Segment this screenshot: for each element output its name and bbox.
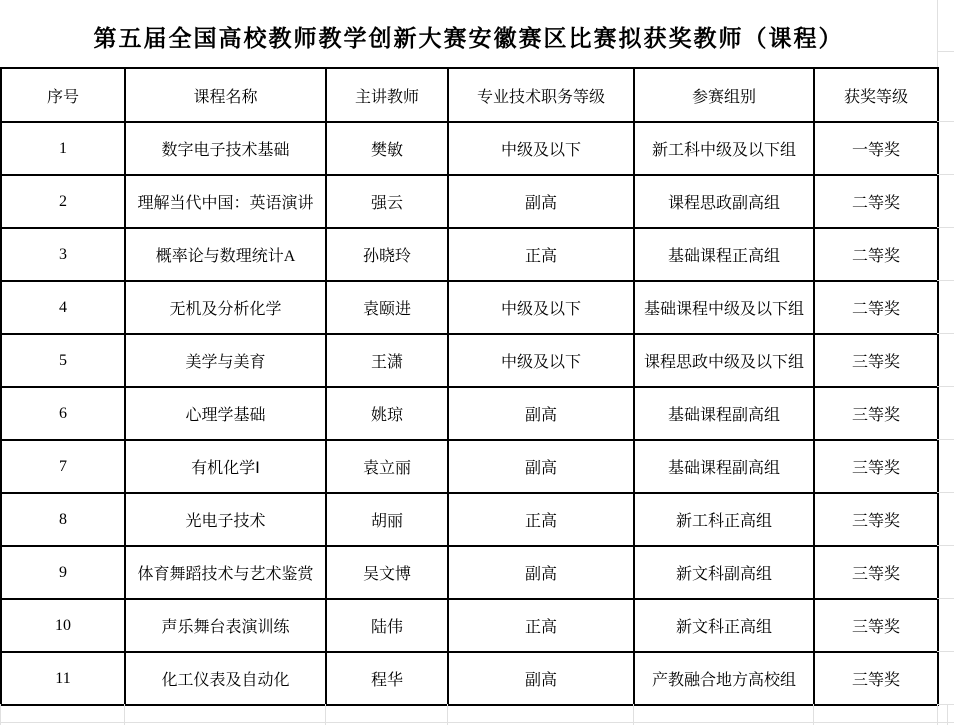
gridline-vertical bbox=[124, 704, 125, 725]
gridline-horizontal bbox=[937, 598, 954, 599]
group-cell: 产教融合地方高校组 bbox=[634, 652, 814, 705]
group-cell: 课程思政中级及以下组 bbox=[634, 334, 814, 387]
group-cell: 基础课程副高组 bbox=[634, 387, 814, 440]
table-row: 6心理学基础姚琼副高基础课程副高组三等奖 bbox=[1, 387, 938, 440]
serial-cell: 11 bbox=[1, 652, 125, 705]
teacher-cell: 孙晓玲 bbox=[326, 228, 448, 281]
teacher-cell: 樊敏 bbox=[326, 122, 448, 175]
serial-cell: 3 bbox=[1, 228, 125, 281]
gridline-horizontal bbox=[937, 51, 954, 52]
course-cell: 数字电子技术基础 bbox=[125, 122, 326, 175]
column-header-title-level: 专业技术职务等级 bbox=[448, 68, 634, 122]
course-cell: 光电子技术 bbox=[125, 493, 326, 546]
gridline-horizontal bbox=[937, 174, 954, 175]
gridline-horizontal bbox=[937, 280, 954, 281]
title-level-cell: 副高 bbox=[448, 175, 634, 228]
gridline-horizontal bbox=[937, 492, 954, 493]
title-level-cell: 副高 bbox=[448, 387, 634, 440]
title-level-cell: 副高 bbox=[448, 546, 634, 599]
group-cell: 基础课程正高组 bbox=[634, 228, 814, 281]
award-cell: 三等奖 bbox=[814, 334, 938, 387]
title-level-cell: 正高 bbox=[448, 493, 634, 546]
gridline-horizontal bbox=[937, 227, 954, 228]
teacher-cell: 王潇 bbox=[326, 334, 448, 387]
course-cell: 美学与美育 bbox=[125, 334, 326, 387]
column-header-course: 课程名称 bbox=[125, 68, 326, 122]
spreadsheet-page: 第五届全国高校教师教学创新大赛安徽赛区比赛拟获奖教师（课程） 序号课程名称主讲教… bbox=[0, 0, 954, 725]
group-cell: 课程思政副高组 bbox=[634, 175, 814, 228]
course-cell: 有机化学Ⅰ bbox=[125, 440, 326, 493]
serial-cell: 10 bbox=[1, 599, 125, 652]
award-cell: 三等奖 bbox=[814, 387, 938, 440]
gridline-vertical bbox=[633, 704, 634, 725]
course-cell: 体育舞蹈技术与艺术鉴赏 bbox=[125, 546, 326, 599]
title-level-cell: 副高 bbox=[448, 440, 634, 493]
serial-cell: 9 bbox=[1, 546, 125, 599]
serial-cell: 8 bbox=[1, 493, 125, 546]
gridline-vertical bbox=[937, 0, 938, 67]
column-header-award: 获奖等级 bbox=[814, 68, 938, 122]
column-header-teacher: 主讲教师 bbox=[326, 68, 448, 122]
award-cell: 二等奖 bbox=[814, 175, 938, 228]
serial-cell: 5 bbox=[1, 334, 125, 387]
teacher-cell: 吴文博 bbox=[326, 546, 448, 599]
award-cell: 二等奖 bbox=[814, 281, 938, 334]
teacher-cell: 陆伟 bbox=[326, 599, 448, 652]
table-row: 10声乐舞台表演训练陆伟正高新文科正高组三等奖 bbox=[1, 599, 938, 652]
award-cell: 一等奖 bbox=[814, 122, 938, 175]
title-level-cell: 正高 bbox=[448, 599, 634, 652]
serial-cell: 2 bbox=[1, 175, 125, 228]
header-row: 序号课程名称主讲教师专业技术职务等级参赛组别获奖等级 bbox=[1, 68, 938, 122]
gridline-horizontal bbox=[937, 333, 954, 334]
gridline-vertical bbox=[937, 704, 938, 725]
gridline-horizontal bbox=[0, 722, 954, 723]
course-cell: 理解当代中国：英语演讲 bbox=[125, 175, 326, 228]
course-cell: 概率论与数理统计A bbox=[125, 228, 326, 281]
group-cell: 基础课程副高组 bbox=[634, 440, 814, 493]
course-cell: 无机及分析化学 bbox=[125, 281, 326, 334]
award-cell: 二等奖 bbox=[814, 228, 938, 281]
table-row: 2理解当代中国：英语演讲强云副高课程思政副高组二等奖 bbox=[1, 175, 938, 228]
table-row: 5美学与美育王潇中级及以下课程思政中级及以下组三等奖 bbox=[1, 334, 938, 387]
title-level-cell: 中级及以下 bbox=[448, 334, 634, 387]
group-cell: 新工科中级及以下组 bbox=[634, 122, 814, 175]
teacher-cell: 姚琼 bbox=[326, 387, 448, 440]
gridline-horizontal bbox=[937, 545, 954, 546]
gridline-vertical bbox=[0, 704, 1, 725]
award-cell: 三等奖 bbox=[814, 652, 938, 705]
teacher-cell: 袁立丽 bbox=[326, 440, 448, 493]
table-body: 1数字电子技术基础樊敏中级及以下新工科中级及以下组一等奖2理解当代中国：英语演讲… bbox=[1, 122, 938, 705]
gridline-horizontal bbox=[937, 386, 954, 387]
gridline-vertical bbox=[947, 704, 948, 725]
title-level-cell: 中级及以下 bbox=[448, 281, 634, 334]
group-cell: 新工科正高组 bbox=[634, 493, 814, 546]
table-row: 3概率论与数理统计A孙晓玲正高基础课程正高组二等奖 bbox=[1, 228, 938, 281]
table-row: 9体育舞蹈技术与艺术鉴赏吴文博副高新文科副高组三等奖 bbox=[1, 546, 938, 599]
teacher-cell: 胡丽 bbox=[326, 493, 448, 546]
table-row: 4无机及分析化学袁颐进中级及以下基础课程中级及以下组二等奖 bbox=[1, 281, 938, 334]
teacher-cell: 袁颐进 bbox=[326, 281, 448, 334]
course-cell: 声乐舞台表演训练 bbox=[125, 599, 326, 652]
gridline-horizontal bbox=[937, 439, 954, 440]
table-row: 11化工仪表及自动化程华副高产教融合地方高校组三等奖 bbox=[1, 652, 938, 705]
title-level-cell: 正高 bbox=[448, 228, 634, 281]
table-row: 8光电子技术胡丽正高新工科正高组三等奖 bbox=[1, 493, 938, 546]
group-cell: 基础课程中级及以下组 bbox=[634, 281, 814, 334]
teacher-cell: 程华 bbox=[326, 652, 448, 705]
award-cell: 三等奖 bbox=[814, 599, 938, 652]
table-row: 7有机化学Ⅰ袁立丽副高基础课程副高组三等奖 bbox=[1, 440, 938, 493]
gridline-vertical bbox=[447, 704, 448, 725]
teacher-cell: 强云 bbox=[326, 175, 448, 228]
gridline-vertical bbox=[325, 704, 326, 725]
column-header-group: 参赛组别 bbox=[634, 68, 814, 122]
gridline-vertical bbox=[813, 704, 814, 725]
serial-cell: 6 bbox=[1, 387, 125, 440]
award-cell: 三等奖 bbox=[814, 493, 938, 546]
column-header-serial: 序号 bbox=[1, 68, 125, 122]
title-level-cell: 中级及以下 bbox=[448, 122, 634, 175]
serial-cell: 1 bbox=[1, 122, 125, 175]
course-cell: 心理学基础 bbox=[125, 387, 326, 440]
awards-table: 序号课程名称主讲教师专业技术职务等级参赛组别获奖等级 1数字电子技术基础樊敏中级… bbox=[0, 67, 939, 706]
award-cell: 三等奖 bbox=[814, 546, 938, 599]
award-cell: 三等奖 bbox=[814, 440, 938, 493]
gridline-horizontal bbox=[937, 121, 954, 122]
table-row: 1数字电子技术基础樊敏中级及以下新工科中级及以下组一等奖 bbox=[1, 122, 938, 175]
page-title: 第五届全国高校教师教学创新大赛安徽赛区比赛拟获奖教师（课程） bbox=[0, 20, 937, 53]
group-cell: 新文科副高组 bbox=[634, 546, 814, 599]
course-cell: 化工仪表及自动化 bbox=[125, 652, 326, 705]
title-level-cell: 副高 bbox=[448, 652, 634, 705]
serial-cell: 4 bbox=[1, 281, 125, 334]
gridline-horizontal bbox=[937, 704, 954, 705]
gridline-horizontal bbox=[937, 651, 954, 652]
serial-cell: 7 bbox=[1, 440, 125, 493]
group-cell: 新文科正高组 bbox=[634, 599, 814, 652]
